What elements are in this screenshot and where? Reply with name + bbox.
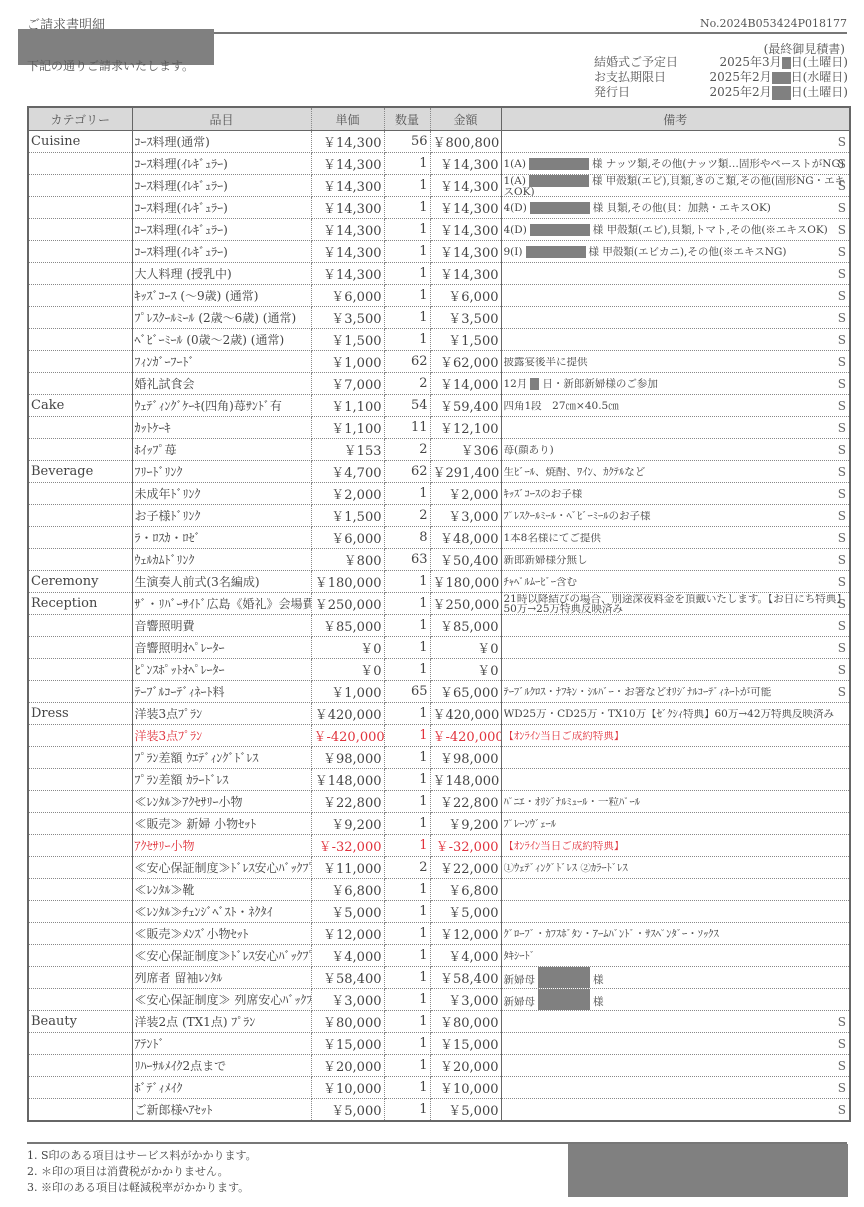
category-cell: Beverage	[28, 461, 132, 483]
remarks-body: 様 貝類,その他(貝：加熱・エキスOK)	[593, 202, 771, 214]
remarks-cell: 1(A)様 甲殻類(エビ),貝類,きのこ類,その他(固形NG・エキスOK)S	[501, 175, 850, 197]
quantity-cell: 62	[384, 461, 430, 483]
unit-price-cell: ￥4,700	[311, 461, 384, 483]
item-cell: 列席者 留袖ﾚﾝﾀﾙ	[132, 967, 311, 989]
category-cell	[28, 263, 132, 285]
table-row: ご新郎様ﾍｱｾｯﾄ￥5,0001￥5,000S	[28, 1099, 850, 1122]
item-cell: ﾘﾊｰｻﾙﾒｲｸ2点まで	[132, 1055, 311, 1077]
unit-price-cell: ￥14,300	[311, 241, 384, 263]
table-row: Receptionｻﾞ・ﾘﾊﾞｰｻｲﾄﾞ広島《婚礼》会場費￥250,0001￥2…	[28, 593, 850, 615]
service-charge-mark: S	[838, 663, 846, 677]
remarks-cell: 1本8名様にてご提供S	[501, 527, 850, 549]
table-row: ｶｯﾄｹｰｷ￥1,10011￥12,100S	[28, 417, 850, 439]
table-row: ≪販売≫ 新婦 小物ｾｯﾄ￥9,2001￥9,200ﾌﾟﾚｰﾝｳﾞｪｰﾙ	[28, 813, 850, 835]
item-cell: ﾃｰﾌﾞﾙｺｰﾃﾞｨﾈｰﾄ料	[132, 681, 311, 703]
remarks-text: ﾃｰﾌﾞﾙｸﾛｽ・ﾅﾌｷﾝ・ｼﾙﾊﾞｰ・お箸などｵﾘｼﾞﾅﾙｺｰﾃﾞｨﾈｰﾄが可…	[504, 687, 848, 697]
amount-cell: ￥148,000	[430, 769, 501, 791]
service-charge-mark: S	[838, 333, 846, 347]
remarks-cell: ﾁｬﾍﾟﾙﾑｰﾋﾞｰ含むS	[501, 571, 850, 593]
item-cell: ｷｯｽﾞｺｰｽ (～9歳) (通常)	[132, 285, 311, 307]
table-row: ｱﾃﾝﾄﾞ￥15,0001￥15,000S	[28, 1033, 850, 1055]
item-cell: ﾌﾘｰﾄﾞﾘﾝｸ	[132, 461, 311, 483]
category-cell	[28, 769, 132, 791]
remarks-cell: S	[501, 637, 850, 659]
unit-price-cell: ￥7,000	[311, 373, 384, 395]
redacted-name	[529, 158, 589, 170]
table-row: 列席者 留袖ﾚﾝﾀﾙ￥58,4001￥58,400新婦母様	[28, 967, 850, 989]
unit-price-cell: ￥6,000	[311, 527, 384, 549]
quantity-cell: 1	[384, 285, 430, 307]
category-cell	[28, 197, 132, 219]
service-charge-mark: S	[838, 597, 846, 611]
category-cell	[28, 241, 132, 263]
item-cell: ≪ﾚﾝﾀﾙ≫ｱｸｾｻﾘｰ小物	[132, 791, 311, 813]
table-row: ﾌｨﾝｶﾞｰﾌｰﾄﾞ￥1,00062￥62,000披露宴後半に提供S	[28, 351, 850, 373]
item-cell: ﾌﾟﾗﾝ差額 ｳｴﾃﾞｨﾝｸﾞﾄﾞﾚｽ	[132, 747, 311, 769]
table-row: 音響照明ｵﾍﾟﾚｰﾀｰ￥01￥0S	[28, 637, 850, 659]
amount-cell: ￥6,000	[430, 285, 501, 307]
remarks-prefix: 4(D)	[504, 224, 527, 236]
unit-price-cell: ￥14,300	[311, 131, 384, 153]
amount-cell: ￥15,000	[430, 1033, 501, 1055]
category-cell	[28, 329, 132, 351]
remarks-body: ﾁｬﾍﾟﾙﾑｰﾋﾞｰ含む	[504, 577, 578, 587]
payment-due-label: お支払期限日	[594, 70, 694, 85]
redacted-name	[529, 175, 589, 187]
redacted-stamp-area	[568, 1144, 848, 1197]
table-row: ≪ﾚﾝﾀﾙ≫ｱｸｾｻﾘｰ小物￥22,8001￥22,800ﾊﾟﾆｴ・ｵﾘｼﾞﾅﾙ…	[28, 791, 850, 813]
service-charge-mark: S	[838, 575, 846, 589]
remarks-cell	[501, 769, 850, 791]
table-row: ≪安心保証制度≫ﾄﾞﾚｽ安心ﾊﾞｯｸﾌﾟﾗﾝ￥11,0002￥22,000①ｳｪ…	[28, 857, 850, 879]
remarks-prefix: 9(I)	[504, 246, 523, 258]
service-charge-mark: S	[838, 267, 846, 281]
unit-price-cell: ￥1,100	[311, 417, 384, 439]
table-row: Dress洋装3点ﾌﾟﾗﾝ￥420,0001￥420,000WD25万・CD25…	[28, 703, 850, 725]
item-cell: 音響照明費	[132, 615, 311, 637]
item-cell: ≪安心保証制度≫ 列席安心ﾊﾞｯｸﾌﾟﾗﾝ	[132, 989, 311, 1011]
table-row: お子様ﾄﾞﾘﾝｸ￥1,5002￥3,000ﾌﾟﾚｽｸｰﾙﾐｰﾙ・ﾍﾞﾋﾞｰﾐｰﾙ…	[28, 505, 850, 527]
service-charge-mark: S	[838, 531, 846, 545]
category-cell	[28, 285, 132, 307]
item-cell: ｱﾃﾝﾄﾞ	[132, 1033, 311, 1055]
remarks-text: 1本8名様にてご提供	[504, 533, 848, 543]
category-cell	[28, 1055, 132, 1077]
category-cell	[28, 439, 132, 461]
quantity-cell: 1	[384, 197, 430, 219]
category-cell	[28, 1077, 132, 1099]
service-charge-mark: S	[838, 201, 846, 215]
unit-price-cell: ￥14,300	[311, 219, 384, 241]
remarks-body: 生ﾋﾞｰﾙ、焼酎、ﾜｲﾝ、ｶｸﾃﾙなど	[504, 467, 646, 477]
quantity-cell: 1	[384, 769, 430, 791]
table-row: ﾃｰﾌﾞﾙｺｰﾃﾞｨﾈｰﾄ料￥1,00065￥65,000ﾃｰﾌﾞﾙｸﾛｽ・ﾅﾌ…	[28, 681, 850, 703]
remarks-text: 披露宴後半に提供	[504, 357, 848, 367]
amount-cell: ￥250,000	[430, 593, 501, 615]
redacted-name	[530, 378, 539, 390]
unit-price-cell: ￥80,000	[311, 1011, 384, 1033]
remarks-cell: WD25万・CD25万・TX10万【ｾﾞｸｼｨ特典】60万→42万特典反映済み	[501, 703, 850, 725]
table-row: ﾎﾞﾃﾞｨﾒｲｸ￥10,0001￥10,000S	[28, 1077, 850, 1099]
category-cell	[28, 879, 132, 901]
quantity-cell: 2	[384, 505, 430, 527]
table-row: 大人料理 (授乳中)￥14,3001￥14,300S	[28, 263, 850, 285]
category-cell	[28, 989, 132, 1011]
quantity-cell: 1	[384, 175, 430, 197]
item-cell: ≪販売≫ 新婦 小物ｾｯﾄ	[132, 813, 311, 835]
amount-cell: ￥14,300	[430, 153, 501, 175]
table-row: ≪安心保証制度≫ﾄﾞﾚｽ安心ﾊﾞｯｸﾌﾟﾗﾝ￥4,0001￥4,000ﾀｷｼｰﾄ…	[28, 945, 850, 967]
item-cell: ｺｰｽ料理(ｲﾚｷﾞｭﾗｰ)	[132, 219, 311, 241]
remarks-text: 9(I)様 甲殻類(エビカニ),その他(※エキスNG)	[504, 246, 848, 258]
remarks-cell: ｷｯｽﾞｺｰｽのお子様S	[501, 483, 850, 505]
table-row: ≪ﾚﾝﾀﾙ≫ﾁｪﾝｼﾞﾍﾞｽﾄ・ﾈｸﾀｲ￥5,0001￥5,000	[28, 901, 850, 923]
remarks-cell: S	[501, 1055, 850, 1077]
table-row: 未成年ﾄﾞﾘﾝｸ￥2,0001￥2,000ｷｯｽﾞｺｰｽのお子様S	[28, 483, 850, 505]
amount-cell: ￥0	[430, 659, 501, 681]
quantity-cell: 1	[384, 1077, 430, 1099]
amount-cell: ￥59,400	[430, 395, 501, 417]
remarks-cell: 新婦母様	[501, 989, 850, 1011]
col-category: カテゴリー	[28, 107, 132, 131]
amount-cell: ￥14,300	[430, 219, 501, 241]
quantity-cell: 1	[384, 329, 430, 351]
table-row: ｺｰｽ料理(ｲﾚｷﾞｭﾗｰ)￥14,3001￥14,3004(D)様 甲殻類(エ…	[28, 219, 850, 241]
quantity-cell: 1	[384, 813, 430, 835]
amount-cell: ￥98,000	[430, 747, 501, 769]
remarks-cell: S	[501, 131, 850, 153]
remarks-text: 新郎新婦様分無し	[504, 555, 848, 565]
amount-cell: ￥22,800	[430, 791, 501, 813]
item-cell: ｺｰｽ料理(ｲﾚｷﾞｭﾗｰ)	[132, 197, 311, 219]
remarks-text: 新婦母様	[504, 967, 848, 988]
amount-cell: ￥5,000	[430, 1099, 501, 1122]
quantity-cell: 1	[384, 1099, 430, 1122]
col-quantity: 数量	[384, 107, 430, 131]
remarks-cell: ﾊﾟﾆｴ・ｵﾘｼﾞﾅﾙﾐｭｰﾙ・一粒ﾊﾟｰﾙ	[501, 791, 850, 813]
quantity-cell: 1	[384, 593, 430, 615]
service-charge-mark: S	[838, 1037, 846, 1051]
remarks-cell: S	[501, 1011, 850, 1033]
table-row: ≪安心保証制度≫ 列席安心ﾊﾞｯｸﾌﾟﾗﾝ￥3,0001￥3,000新婦母様	[28, 989, 850, 1011]
footnotes: 1. S印のある項目はサービス料がかかります。 2. ＊印の項目は消費税がかかり…	[27, 1148, 257, 1196]
item-cell: ≪販売≫ﾒﾝｽﾞ小物ｾｯﾄ	[132, 923, 311, 945]
amount-cell: ￥3,500	[430, 307, 501, 329]
table-body: Cuisineｺｰｽ料理(通常)￥14,30056￥800,800Sｺｰｽ料理(…	[28, 131, 850, 1122]
category-cell	[28, 175, 132, 197]
quantity-cell: 1	[384, 703, 430, 725]
remarks-body: 四角1段 27㎝×40.5㎝	[504, 401, 619, 411]
unit-price-cell: ￥14,300	[311, 197, 384, 219]
category-cell	[28, 967, 132, 989]
unit-price-cell: ￥98,000	[311, 747, 384, 769]
category-cell	[28, 747, 132, 769]
table-row: ﾍﾞﾋﾞｰﾐｰﾙ (0歳～2歳) (通常)￥1,5001￥1,500S	[28, 329, 850, 351]
remarks-cell: 12月日・新郎新婦様のご参加S	[501, 373, 850, 395]
amount-cell: ￥2,000	[430, 483, 501, 505]
category-cell	[28, 813, 132, 835]
table-row: ｱｸｾｻﾘｰ小物￥-32,0001￥-32,000【ｵﾝﾗｲﾝ当日ご成約特典】	[28, 835, 850, 857]
remarks-cell: 新婦母様	[501, 967, 850, 989]
amount-cell: ￥50,400	[430, 549, 501, 571]
remarks-body: 様	[593, 974, 604, 986]
remarks-body: 1本8名様にてご提供	[504, 533, 601, 543]
amount-cell: ￥62,000	[430, 351, 501, 373]
remarks-text: 1(A)様 甲殻類(エビ),貝類,きのこ類,その他(固形NG・エキスOK)	[504, 175, 848, 196]
remarks-cell: ｸﾞﾛｰﾌﾞ・ｶﾌｽﾎﾞﾀﾝ・ｱｰﾑﾊﾞﾝﾄﾞ・ｻｽﾍﾟﾝﾀﾞｰ・ｿｯｸｽ	[501, 923, 850, 945]
item-cell: 洋装3点ﾌﾟﾗﾝ	[132, 703, 311, 725]
category-cell: Dress	[28, 703, 132, 725]
item-cell: ﾗ・ﾛｽｶ・ﾛｾﾞ	[132, 527, 311, 549]
table-row: Beauty洋装2点 (TX1点) ﾌﾟﾗﾝ￥80,0001￥80,000S	[28, 1011, 850, 1033]
unit-price-cell: ￥15,000	[311, 1033, 384, 1055]
category-cell	[28, 923, 132, 945]
remarks-body: ﾃｰﾌﾞﾙｸﾛｽ・ﾅﾌｷﾝ・ｼﾙﾊﾞｰ・お箸などｵﾘｼﾞﾅﾙｺｰﾃﾞｨﾈｰﾄが可…	[504, 687, 772, 697]
category-cell	[28, 835, 132, 857]
quantity-cell: 62	[384, 351, 430, 373]
unit-price-cell: ￥3,000	[311, 989, 384, 1011]
table-header: カテゴリー 品目 単価 数量 金額 備考	[28, 107, 850, 131]
remarks-body: ﾌﾟﾚｰﾝｳﾞｪｰﾙ	[504, 819, 557, 829]
amount-cell: ￥80,000	[430, 1011, 501, 1033]
amount-cell: ￥12,000	[430, 923, 501, 945]
amount-cell: ￥420,000	[430, 703, 501, 725]
quantity-cell: 1	[384, 659, 430, 681]
quantity-cell: 1	[384, 967, 430, 989]
service-charge-mark: S	[838, 245, 846, 259]
remarks-body: 様 ナッツ類,その他(ナッツ類…固形やペーストがNG)	[592, 158, 844, 170]
remarks-text: 1(A)様 ナッツ類,その他(ナッツ類…固形やペーストがNG)	[504, 158, 848, 170]
unit-price-cell: ￥14,300	[311, 153, 384, 175]
unit-price-cell: ￥14,300	[311, 175, 384, 197]
service-charge-mark: S	[838, 289, 846, 303]
remarks-cell: 21時以降結びの場合、別途深夜料金を頂戴いたします。【お日にち特典】50万→25…	[501, 593, 850, 615]
category-cell	[28, 153, 132, 175]
remarks-cell: S	[501, 263, 850, 285]
category-cell	[28, 549, 132, 571]
unit-price-cell: ￥800	[311, 549, 384, 571]
remarks-cell: ﾃｰﾌﾞﾙｸﾛｽ・ﾅﾌｷﾝ・ｼﾙﾊﾞｰ・お箸などｵﾘｼﾞﾅﾙｺｰﾃﾞｨﾈｰﾄが可…	[501, 681, 850, 703]
table-row: ≪販売≫ﾒﾝｽﾞ小物ｾｯﾄ￥12,0001￥12,000ｸﾞﾛｰﾌﾞ・ｶﾌｽﾎﾞ…	[28, 923, 850, 945]
service-charge-mark: S	[838, 135, 846, 149]
quantity-cell: 1	[384, 945, 430, 967]
unit-price-cell: ￥20,000	[311, 1055, 384, 1077]
table-row: Beverageﾌﾘｰﾄﾞﾘﾝｸ￥4,70062￥291,400生ﾋﾞｰﾙ、焼酎…	[28, 461, 850, 483]
col-amount: 金額	[430, 107, 501, 131]
service-charge-mark: S	[838, 1081, 846, 1095]
amount-cell: ￥20,000	[430, 1055, 501, 1077]
remarks-text: WD25万・CD25万・TX10万【ｾﾞｸｼｨ特典】60万→42万特典反映済み	[504, 709, 848, 719]
category-cell	[28, 1033, 132, 1055]
amount-cell: ￥14,300	[430, 175, 501, 197]
remarks-cell: 披露宴後半に提供S	[501, 351, 850, 373]
table-row: ﾌﾟﾗﾝ差額 ｶﾗｰﾄﾞﾚｽ￥148,0001￥148,000	[28, 769, 850, 791]
table-row: ｷｯｽﾞｺｰｽ (～9歳) (通常)￥6,0001￥6,000S	[28, 285, 850, 307]
item-cell: ｺｰｽ料理(ｲﾚｷﾞｭﾗｰ)	[132, 241, 311, 263]
remarks-body: 新郎新婦様分無し	[504, 555, 588, 565]
remarks-prefix: 新婦母	[504, 996, 536, 1008]
category-cell	[28, 791, 132, 813]
unit-price-cell: ￥1,500	[311, 329, 384, 351]
remarks-cell: ﾀｷｼｰﾄﾞ	[501, 945, 850, 967]
item-cell: ｱｸｾｻﾘｰ小物	[132, 835, 311, 857]
unit-price-cell: ￥58,400	[311, 967, 384, 989]
amount-cell: ￥6,800	[430, 879, 501, 901]
amount-cell: ￥14,300	[430, 197, 501, 219]
quantity-cell: 1	[384, 923, 430, 945]
unit-price-cell: ￥10,000	[311, 1077, 384, 1099]
service-charge-mark: S	[838, 1103, 846, 1117]
amount-cell: ￥-420,000	[430, 725, 501, 747]
service-charge-mark: S	[838, 641, 846, 655]
item-cell: ≪安心保証制度≫ﾄﾞﾚｽ安心ﾊﾞｯｸﾌﾟﾗﾝ	[132, 945, 311, 967]
item-cell: ｶｯﾄｹｰｷ	[132, 417, 311, 439]
remarks-cell: S	[501, 615, 850, 637]
amount-cell: ￥22,000	[430, 857, 501, 879]
remarks-body: 苺(顔あり)	[504, 445, 554, 455]
remarks-body: ﾀｷｼｰﾄﾞ	[504, 951, 536, 961]
amount-cell: ￥180,000	[430, 571, 501, 593]
amount-cell: ￥291,400	[430, 461, 501, 483]
service-charge-mark: S	[838, 311, 846, 325]
remarks-prefix: 新婦母	[504, 974, 536, 986]
unit-price-cell: ￥1,500	[311, 505, 384, 527]
redacted-name	[530, 224, 590, 236]
remarks-cell: 苺(顔あり)S	[501, 439, 850, 461]
item-cell: ﾋﾟﾝｽﾎﾟｯﾄｵﾍﾟﾚｰﾀｰ	[132, 659, 311, 681]
quantity-cell: 1	[384, 989, 430, 1011]
remarks-cell: S	[501, 417, 850, 439]
unit-price-cell: ￥-32,000	[311, 835, 384, 857]
item-cell: ｺｰｽ料理(ｲﾚｷﾞｭﾗｰ)	[132, 175, 311, 197]
remarks-cell: S	[501, 329, 850, 351]
remarks-cell: 【ｵﾝﾗｲﾝ当日ご成約特典】	[501, 725, 850, 747]
remarks-prefix: 1(A)	[504, 158, 526, 170]
quantity-cell: 2	[384, 439, 430, 461]
quantity-cell: 1	[384, 725, 430, 747]
category-cell	[28, 659, 132, 681]
amount-cell: ￥-32,000	[430, 835, 501, 857]
service-charge-mark: S	[838, 355, 846, 369]
remarks-text: 【ｵﾝﾗｲﾝ当日ご成約特典】	[504, 841, 848, 851]
quantity-cell: 54	[384, 395, 430, 417]
remarks-cell: 9(I)様 甲殻類(エビカニ),その他(※エキスNG)S	[501, 241, 850, 263]
remarks-cell: S	[501, 1099, 850, 1122]
remarks-text: 21時以降結びの場合、別途深夜料金を頂戴いたします。【お日にち特典】50万→25…	[504, 594, 848, 614]
quantity-cell: 1	[384, 1055, 430, 1077]
remarks-cell: S	[501, 307, 850, 329]
quantity-cell: 1	[384, 307, 430, 329]
unit-price-cell: ￥0	[311, 637, 384, 659]
remarks-cell: S	[501, 1077, 850, 1099]
table-row: 音響照明費￥85,0001￥85,000S	[28, 615, 850, 637]
unit-price-cell: ￥85,000	[311, 615, 384, 637]
service-charge-mark: S	[838, 1059, 846, 1073]
item-cell: ｺｰｽ料理(ｲﾚｷﾞｭﾗｰ)	[132, 153, 311, 175]
unit-price-cell: ￥180,000	[311, 571, 384, 593]
remarks-text: ﾊﾟﾆｴ・ｵﾘｼﾞﾅﾙﾐｭｰﾙ・一粒ﾊﾟｰﾙ	[504, 797, 848, 807]
table-row: ｺｰｽ料理(ｲﾚｷﾞｭﾗｰ)￥14,3001￥14,3001(A)様 甲殻類(エ…	[28, 175, 850, 197]
quantity-cell: 2	[384, 857, 430, 879]
item-cell: ご新郎様ﾍｱｾｯﾄ	[132, 1099, 311, 1122]
remarks-prefix: 12月	[504, 378, 528, 390]
service-charge-mark: S	[838, 553, 846, 567]
category-cell	[28, 417, 132, 439]
remarks-cell	[501, 879, 850, 901]
issue-date-row: 発行日 2025年2月日(土曜日)	[594, 85, 848, 100]
category-cell	[28, 351, 132, 373]
remarks-text: ｷｯｽﾞｺｰｽのお子様	[504, 489, 848, 499]
table-row: ﾎｲｯﾌﾟ苺￥1532￥306苺(顔あり)S	[28, 439, 850, 461]
category-cell	[28, 219, 132, 241]
remarks-body: 様 甲殻類(エビカニ),その他(※エキスNG)	[589, 246, 787, 258]
unit-price-cell: ￥2,000	[311, 483, 384, 505]
item-cell: ｻﾞ・ﾘﾊﾞｰｻｲﾄﾞ広島《婚礼》会場費	[132, 593, 311, 615]
amount-cell: ￥14,300	[430, 263, 501, 285]
category-cell: Cake	[28, 395, 132, 417]
note-reduced-tax: 3. ※印のある項目は軽減税率がかかります。	[27, 1180, 257, 1196]
remarks-body: ｸﾞﾛｰﾌﾞ・ｶﾌｽﾎﾞﾀﾝ・ｱｰﾑﾊﾞﾝﾄﾞ・ｻｽﾍﾟﾝﾀﾞｰ・ｿｯｸｽ	[504, 929, 719, 939]
remarks-body: 【ｵﾝﾗｲﾝ当日ご成約特典】	[504, 841, 625, 851]
service-charge-mark: S	[838, 685, 846, 699]
remarks-text: ﾌﾟﾚｽｸｰﾙﾐｰﾙ・ﾍﾞﾋﾞｰﾐｰﾙのお子様	[504, 511, 848, 521]
wedding-date-row: 結婚式ご予定日 2025年3月日(土曜日)	[594, 55, 848, 70]
quantity-cell: 1	[384, 747, 430, 769]
remarks-text: 4(D)様 甲殻類(エビ),貝類,トマト,その他(※エキスOK)	[504, 224, 848, 236]
amount-cell: ￥85,000	[430, 615, 501, 637]
item-cell: ﾎｲｯﾌﾟ苺	[132, 439, 311, 461]
service-charge-mark: S	[838, 443, 846, 457]
remarks-body: 【ｵﾝﾗｲﾝ当日ご成約特典】	[504, 731, 625, 741]
item-cell: ﾌｨﾝｶﾞｰﾌｰﾄﾞ	[132, 351, 311, 373]
remarks-text: ﾁｬﾍﾟﾙﾑｰﾋﾞｰ含む	[504, 577, 848, 587]
note-tax-exempt: 2. ＊印の項目は消費税がかかりません。	[27, 1164, 257, 1180]
service-charge-mark: S	[838, 1015, 846, 1029]
amount-cell: ￥14,000	[430, 373, 501, 395]
intro-text: 下記の通りご請求いたします。	[27, 57, 194, 74]
payment-due-value: 2025年2月日(水曜日)	[694, 70, 848, 85]
unit-price-cell: ￥1,100	[311, 395, 384, 417]
remarks-cell: S	[501, 659, 850, 681]
service-charge-mark: S	[838, 619, 846, 633]
remarks-cell: S	[501, 285, 850, 307]
category-cell	[28, 483, 132, 505]
item-cell: ≪ﾚﾝﾀﾙ≫ﾁｪﾝｼﾞﾍﾞｽﾄ・ﾈｸﾀｲ	[132, 901, 311, 923]
category-cell	[28, 681, 132, 703]
quantity-cell: 1	[384, 1033, 430, 1055]
table-row: ﾌﾟﾚｽｸｰﾙﾐｰﾙ (2歳～6歳) (通常)￥3,5001￥3,500S	[28, 307, 850, 329]
category-cell	[28, 901, 132, 923]
service-charge-mark: S	[838, 179, 846, 193]
remarks-cell: 新郎新婦様分無しS	[501, 549, 850, 571]
issue-date-value: 2025年2月日(土曜日)	[694, 85, 848, 100]
item-cell: ｳｪﾙｶﾑﾄﾞﾘﾝｸ	[132, 549, 311, 571]
item-cell: ﾌﾟﾗﾝ差額 ｶﾗｰﾄﾞﾚｽ	[132, 769, 311, 791]
col-item: 品目	[132, 107, 311, 131]
category-cell	[28, 527, 132, 549]
item-cell: お子様ﾄﾞﾘﾝｸ	[132, 505, 311, 527]
category-cell	[28, 505, 132, 527]
remarks-body: ①ｳｪﾃﾞｨﾝｸﾞﾄﾞﾚｽ ②ｶﾗｰﾄﾞﾚｽ	[504, 863, 628, 873]
remarks-text: ﾌﾟﾚｰﾝｳﾞｪｰﾙ	[504, 819, 848, 829]
item-cell: 大人料理 (授乳中)	[132, 263, 311, 285]
item-cell: ≪安心保証制度≫ﾄﾞﾚｽ安心ﾊﾞｯｸﾌﾟﾗﾝ	[132, 857, 311, 879]
unit-price-cell: ￥153	[311, 439, 384, 461]
service-charge-mark: S	[838, 421, 846, 435]
category-cell: Ceremony	[28, 571, 132, 593]
remarks-body: 様 甲殻類(エビ),貝類,トマト,その他(※エキスOK)	[593, 224, 828, 236]
category-cell	[28, 307, 132, 329]
